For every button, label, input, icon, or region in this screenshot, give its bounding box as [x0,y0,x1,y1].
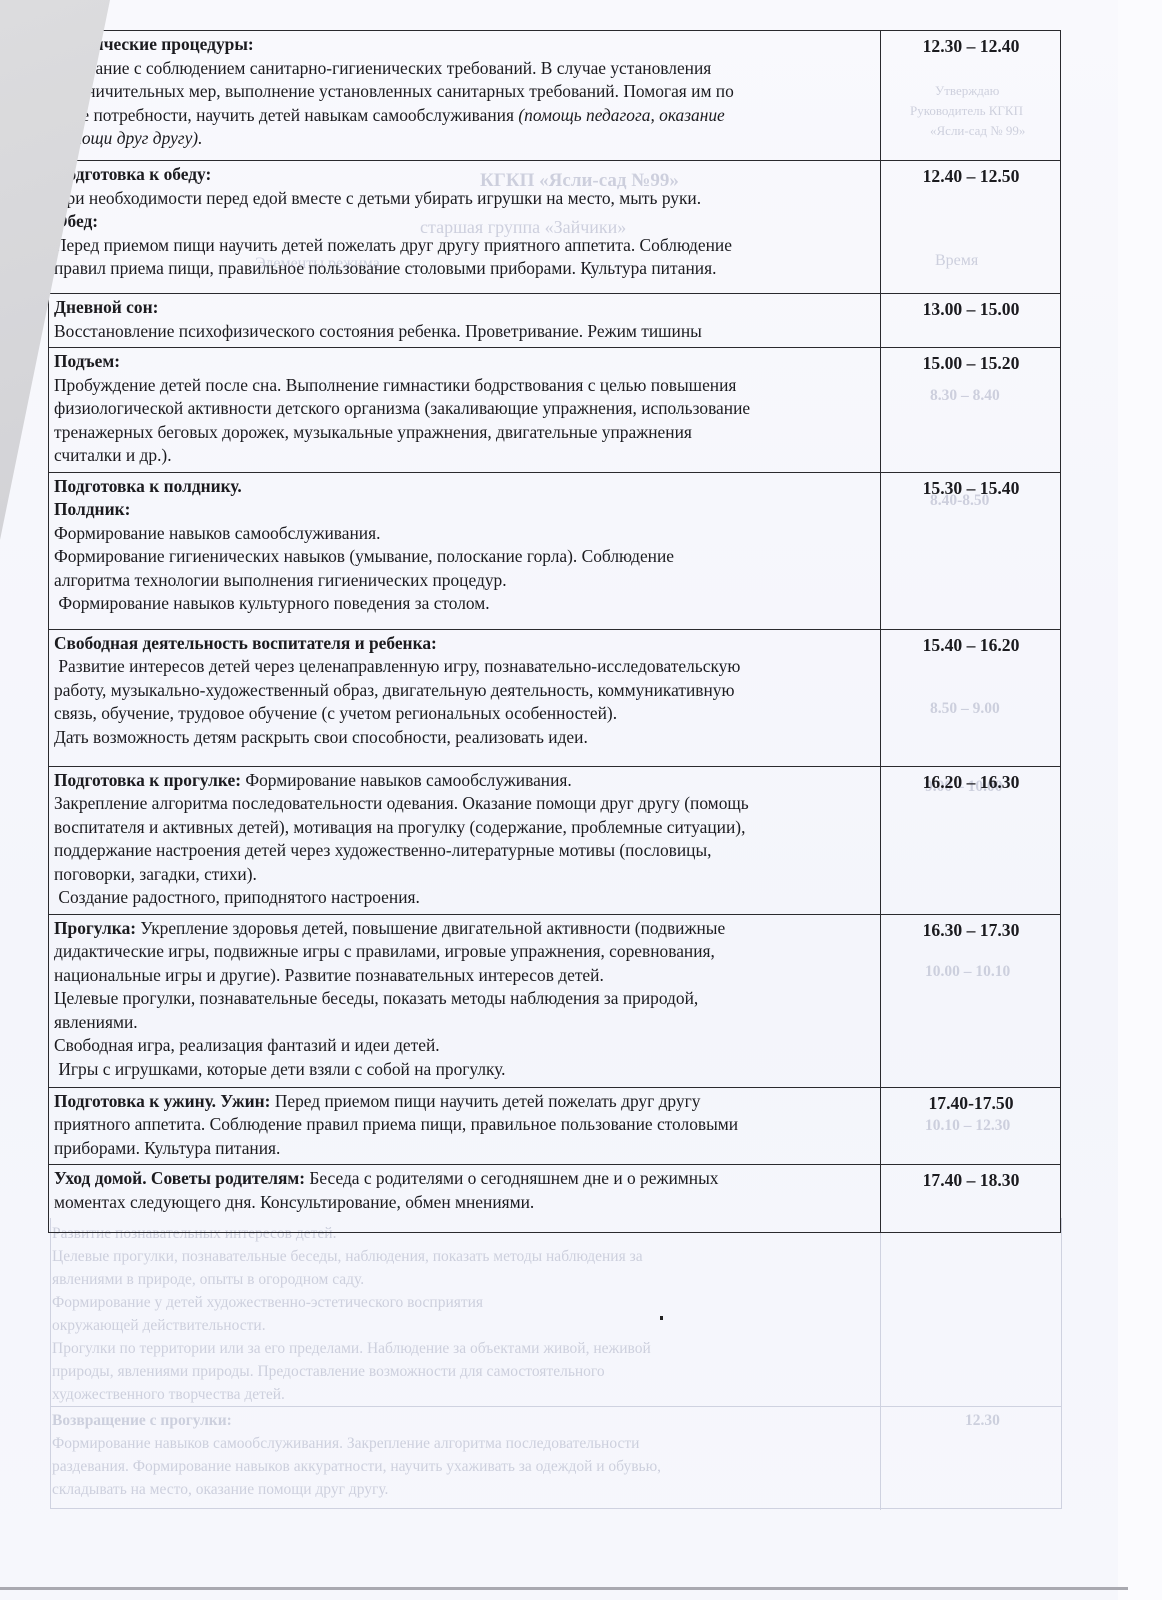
activity-text: Целевые прогулки, познавательные беседы,… [54,987,876,1011]
table-row: Прогулка: Укрепление здоровья детей, пов… [49,914,1061,1087]
activity-cell: Подготовка к полднику. Полдник: Формиров… [49,472,881,629]
activity-text: поддержание настроения детей через худож… [54,839,876,863]
time-cell: 16.20 – 16.30 [881,766,1061,914]
table-row: Свободная деятельность воспитателя и реб… [49,629,1061,766]
table-row: Уход домой. Советы родителям: Беседа с р… [49,1165,1061,1233]
activity-text: Закрепление алгоритма последовательности… [54,792,876,816]
activity-text: явлениями. [54,1011,876,1035]
table-row: игиенические процедуры: Умывание с соблю… [49,31,1061,161]
activity-cell: Свободная деятельность воспитателя и реб… [49,629,881,766]
activity-text: алгоритма технологии выполнения гигиенич… [54,569,876,593]
activity-note: помощи друг другу). [54,127,876,151]
table-row: Подготовка к полднику. Полдник: Формиров… [49,472,1061,629]
activity-cell: Подготовка к ужину. Ужин: Перед приемом … [49,1087,881,1165]
activity-cell: игиенические процедуры: Умывание с соблю… [49,31,881,161]
activity-text: Развитие интересов детей через целенапра… [54,655,876,679]
activity-text: правил приема пищи, правильное пользован… [54,257,876,281]
table-row: Подготовка к прогулке: Формирование навы… [49,766,1061,914]
activity-text: Формирование гигиенических навыков (умыв… [54,545,876,569]
activity-text: Формирование навыков самообслуживания. [241,770,572,790]
table-row: Дневной сон: Восстановление психофизичес… [49,294,1061,348]
activity-text: считалки и др.). [54,444,876,468]
activity-cell: Подготовка к обеду: При необходимости пе… [49,161,881,294]
activity-text: приятного аппетита. Соблюдение правил пр… [54,1113,876,1137]
activity-heading-line: Подготовка к прогулке: Формирование навы… [54,769,876,793]
activity-title: Подготовка к прогулке: [54,770,241,790]
activity-text: тренажерных беговых дорожек, музыкальные… [54,421,876,445]
activity-cell: Подъем: Пробуждение детей после сна. Вып… [49,348,881,473]
table-row: Подготовка к обеду: При необходимости пе… [49,161,1061,294]
activity-cell: Подготовка к прогулке: Формирование навы… [49,766,881,914]
activity-text: дидактические игры, подвижные игры с пра… [54,940,876,964]
scan-speck [660,1316,663,1320]
activity-cell: Уход домой. Советы родителям: Беседа с р… [49,1165,881,1233]
time-cell: 15.30 – 15.40 [881,472,1061,629]
activity-text: Дать возможность детям раскрыть свои спо… [54,726,876,750]
activity-text: моментах следующего дня. Консультировани… [54,1191,876,1215]
activity-title: Дневной сон: [54,296,876,320]
activity-text: приборами. Культура питания. [54,1137,876,1161]
time-cell: 15.00 – 15.20 [881,348,1061,473]
activity-text: воспитателя и активных детей), мотивация… [54,816,876,840]
activity-text: работу, музыкально-художественный образ,… [54,679,876,703]
activity-text: национальные игры и другие). Развитие по… [54,964,876,988]
activity-text: Создание радостного, приподнятого настро… [54,886,876,910]
activity-heading-line: Прогулка: Укрепление здоровья детей, пов… [54,917,876,941]
page-bottom-edge [0,1587,1128,1590]
activity-text: ограничительных мер, выполнение установл… [54,80,876,104]
table-row: Подъем: Пробуждение детей после сна. Вып… [49,348,1061,473]
activity-title: Подготовка к обеду: [54,163,876,187]
time-cell: 12.40 – 12.50 [881,161,1061,294]
activity-text: Пробуждение детей после сна. Выполнение … [54,374,876,398]
time-cell: 16.30 – 17.30 [881,914,1061,1087]
time-cell: 12.30 – 12.40 [881,31,1061,161]
time-cell: 15.40 – 16.20 [881,629,1061,766]
daily-schedule-table: игиенические процедуры: Умывание с соблю… [48,30,1061,1233]
activity-title: игиенические процедуры: [48,33,876,57]
activity-title: Подъем: [54,350,876,374]
activity-cell: Прогулка: Укрепление здоровья детей, пов… [49,914,881,1087]
activity-subtitle: Полдник: [54,498,876,522]
activity-heading-line: Подготовка к ужину. Ужин: Перед приемом … [54,1090,876,1114]
activity-subtitle: Обед: [54,210,876,234]
activity-heading-line: Уход домой. Советы родителям: Беседа с р… [54,1167,876,1191]
activity-note: (помощь педагога, оказание [518,105,724,125]
table-row: Подготовка к ужину. Ужин: Перед приемом … [49,1087,1061,1165]
activity-text: Формирование навыков культурного поведен… [54,592,876,616]
activity-text: Беседа с родителями о сегодняшнем дне и … [305,1168,718,1188]
activity-title: Подготовка к ужину. Ужин: [54,1091,270,1111]
time-cell: 13.00 – 15.00 [881,294,1061,348]
activity-text: Формирование навыков самообслуживания. [54,522,876,546]
activity-text: Свободная игра, реализация фантазий и ид… [54,1034,876,1058]
activity-text: Умывание с соблюдением санитарно-гигиени… [54,57,876,81]
activity-text: При необходимости перед едой вместе с де… [54,187,876,211]
activity-text: физиологической активности детского орга… [54,397,876,421]
scan-margin [1118,0,1162,1600]
activity-text: связь, обучение, трудовое обучение (с уч… [54,702,876,726]
activity-text: Укрепление здоровья детей, повышение дви… [136,918,725,938]
activity-text: Перед приемом пищи научить детей пожелат… [54,234,876,258]
time-cell: 17.40-17.50 [881,1087,1061,1165]
time-cell: 17.40 – 18.30 [881,1165,1061,1233]
activity-text: поговорки, загадки, стихи). [54,863,876,887]
activity-text: Восстановление психофизического состояни… [54,320,876,344]
activity-title: Уход домой. Советы родителям: [54,1168,305,1188]
activity-title: Свободная деятельность воспитателя и реб… [54,632,876,656]
activity-text: Игры с игрушками, которые дети взяли с с… [54,1058,876,1082]
activity-cell: Дневной сон: Восстановление психофизичес… [49,294,881,348]
activity-text: мере потребности, научить детей навыкам … [54,104,876,128]
activity-text: Перед приемом пищи научить детей пожелат… [270,1091,700,1111]
activity-title: Прогулка: [54,918,136,938]
activity-title: Подготовка к полднику. [54,475,876,499]
